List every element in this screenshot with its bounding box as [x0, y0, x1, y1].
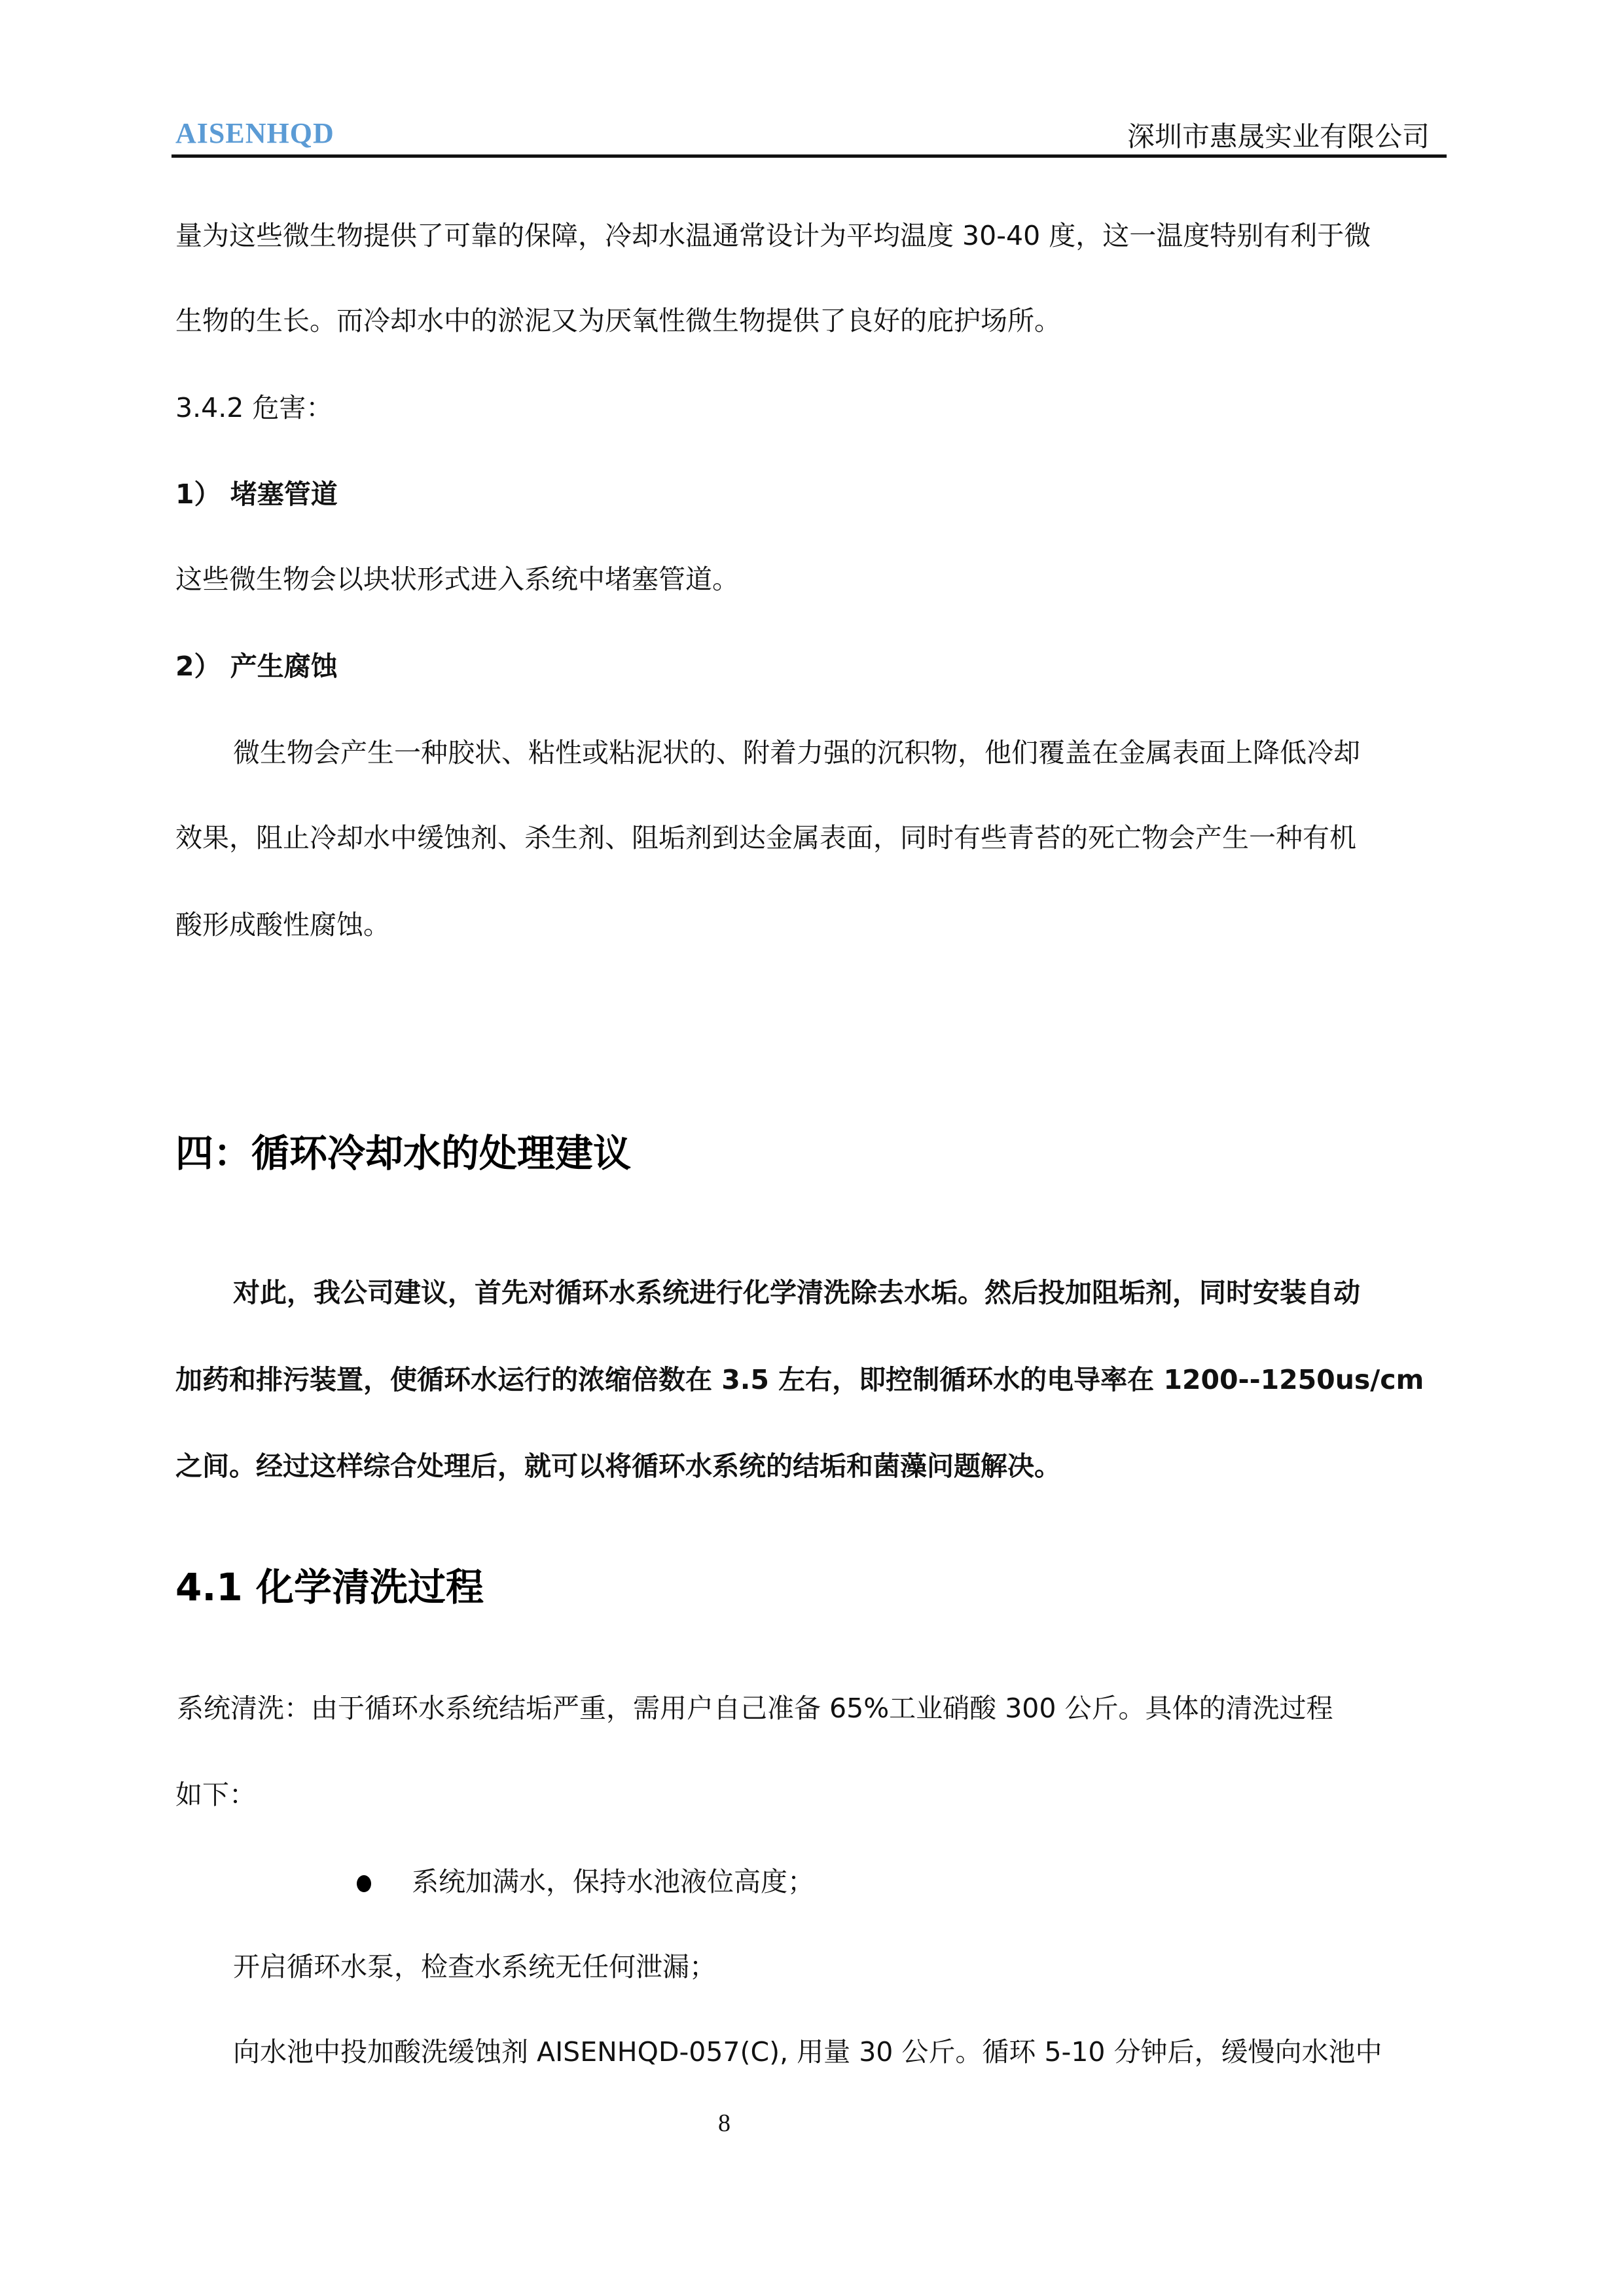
- header-company-name: 深圳市惠晟实业有限公司: [1127, 115, 1430, 154]
- hazard-1-text: 这些微生物会以块状形式进入系统中堵塞管道。: [175, 560, 1449, 599]
- page-number: 8: [0, 2109, 1449, 2138]
- bullet-icon: [357, 1875, 371, 1892]
- hazard-1-title: 1） 堵塞管道: [175, 475, 1449, 514]
- paragraph-continued-line-1: 量为这些微生物提供了可靠的保障，冷却水温通常设计为平均温度 30-40 度，这一…: [175, 216, 1449, 255]
- hazard-2-line-2: 效果，阻止冷却水中缓蚀剂、杀生剂、阻垢剂到达金属表面，同时有些青苔的死亡物会产生…: [175, 818, 1449, 857]
- document-page: AISENHQD 深圳市惠晟实业有限公司 量为这些微生物提供了可靠的保障，冷却水…: [0, 0, 1624, 2296]
- bullet-item-1: 系统加满水，保持水池液位高度；: [357, 1862, 814, 1901]
- step-2-text: 开启循环水泵，检查水系统无任何泄漏；: [175, 1947, 1449, 1986]
- paragraph-continued-line-2: 生物的生长。而冷却水中的淤泥又为厌氧性微生物提供了良好的庇护场所。: [175, 301, 1449, 340]
- header-brand: AISENHQD: [175, 117, 334, 150]
- suggestion-line-2: 加药和排污装置，使循环水运行的浓缩倍数在 3.5 左右，即控制循环水的电导率在 …: [175, 1360, 1449, 1399]
- cleaning-intro-text: 系统清洗：由于循环水系统结垢严重，需用户自己准备 65%工业硝酸 300 公斤。…: [177, 1693, 1333, 1724]
- hazard-2-title: 2） 产生腐蚀: [175, 647, 1449, 686]
- bullet-item-text: 系统加满水，保持水池液位高度；: [412, 1866, 814, 1897]
- cleaning-intro-line-1: 系统清洗：由于循环水系统结垢严重，需用户自己准备 65%工业硝酸 300 公斤。…: [177, 1689, 1450, 1728]
- section-heading-3-4-2: 3.4.2 危害：: [175, 388, 1449, 427]
- suggestion-line-1: 对此，我公司建议，首先对循环水系统进行化学清洗除去水垢。然后投加阻垢剂，同时安装…: [175, 1273, 1449, 1312]
- section-4-1-heading: 4.1 化学清洗过程: [175, 1561, 484, 1613]
- hazard-2-line-3: 酸形成酸性腐蚀。: [175, 905, 1449, 944]
- chapter-4-heading: 四：循环冷却水的处理建议: [175, 1127, 631, 1179]
- cleaning-intro-line-2: 如下：: [175, 1775, 1449, 1814]
- step-3-text: 向水池中投加酸洗缓蚀剂 AISENHQD-057(C), 用量 30 公斤。循环…: [175, 2032, 1449, 2072]
- hazard-2-line-1: 微生物会产生一种胶状、粘性或粘泥状的、附着力强的沉积物，他们覆盖在金属表面上降低…: [175, 733, 1449, 772]
- suggestion-line-3: 之间。经过这样综合处理后，就可以将循环水系统的结垢和菌藻问题解决。: [175, 1446, 1449, 1486]
- header-divider: [171, 154, 1447, 158]
